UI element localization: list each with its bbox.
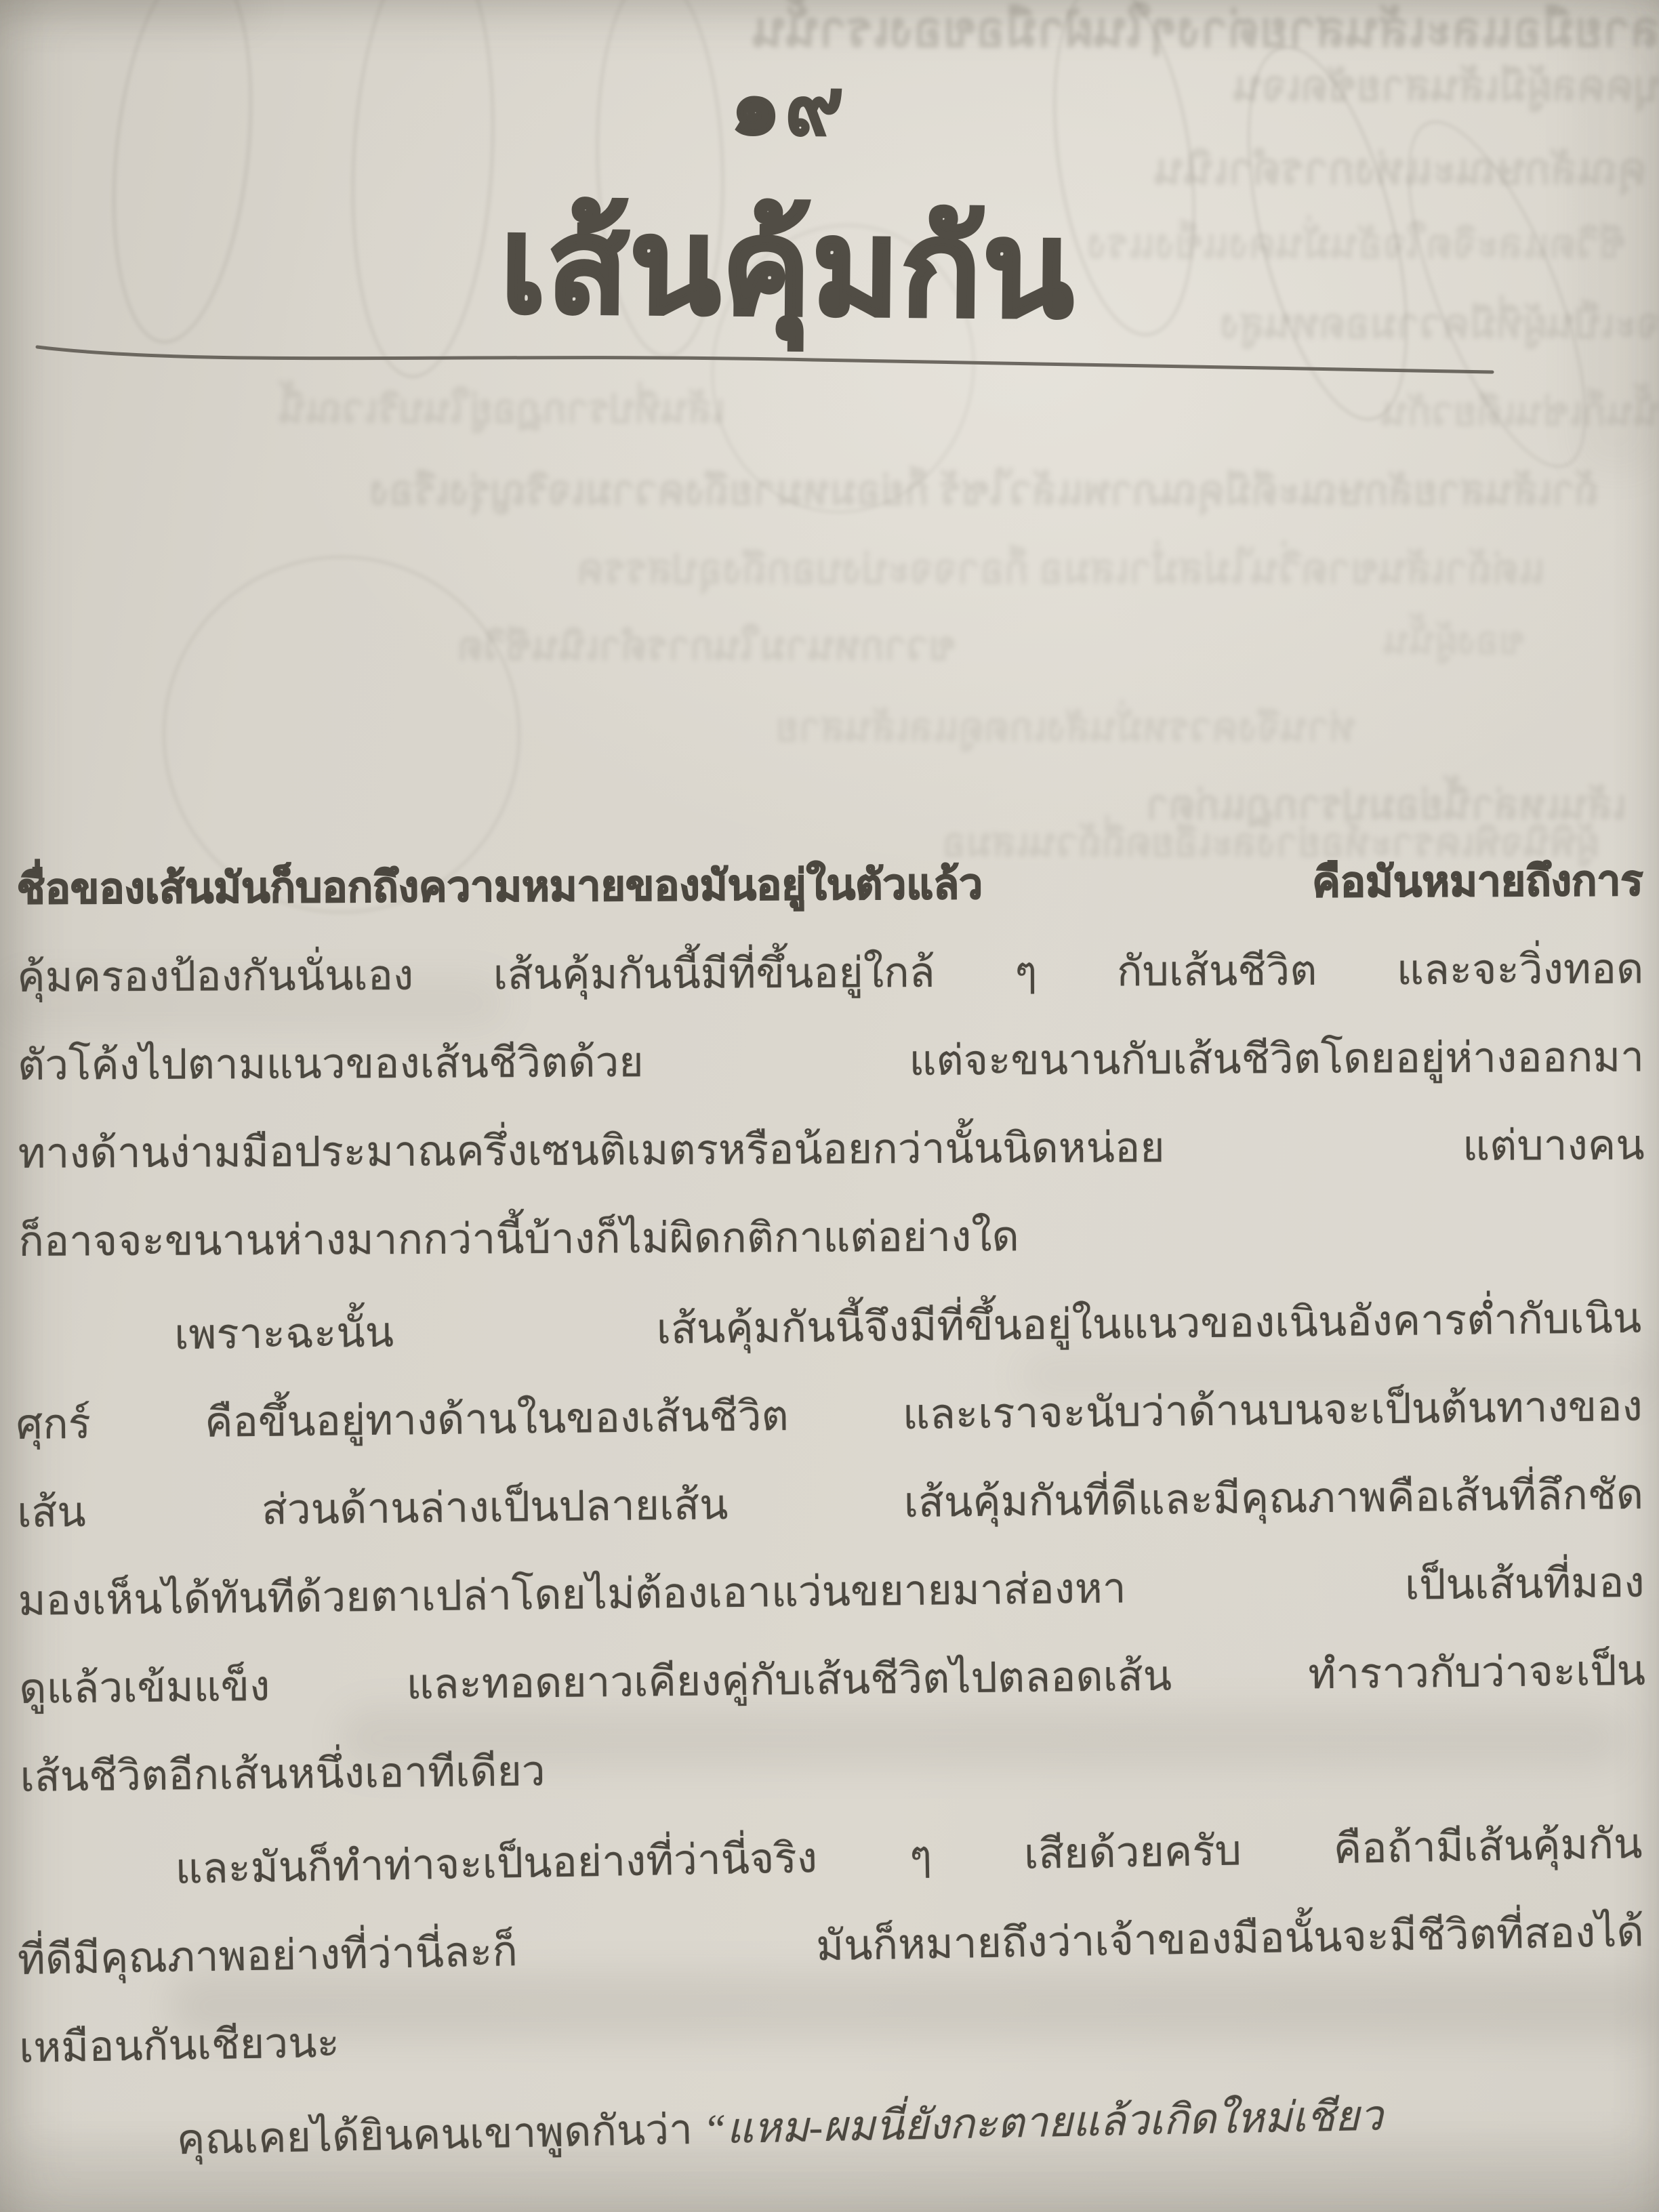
page-content: ๑๙ เส้นคุ้มกัน ชื่อของเส้นมันก็บอกถึงควา… (0, 0, 1659, 2212)
book-page: ลายมือและเส้นสายต่างๆในฝ่ามือของเรานั้นบ… (0, 0, 1659, 2212)
title-divider-rule (0, 0, 1659, 2212)
